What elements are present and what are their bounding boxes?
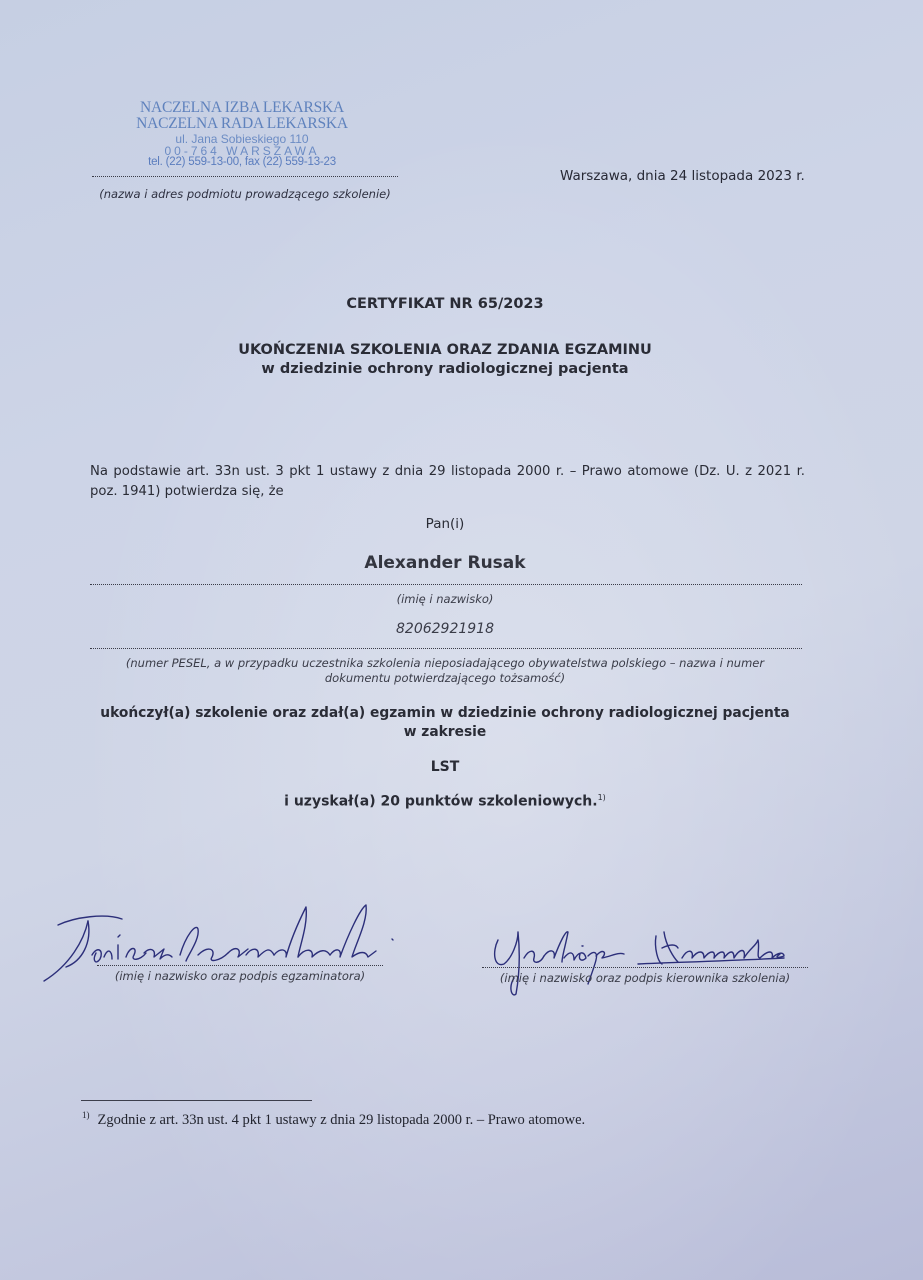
certificate-title-line2: w dziedzinie ochrony radiologicznej pacj…: [90, 360, 800, 379]
footnote-rule: [81, 1100, 312, 1101]
certificate-title-line1: UKOŃCZENIA SZKOLENIA ORAZ ZDANIA EGZAMIN…: [90, 341, 800, 360]
pesel-dotted-line: [90, 648, 802, 649]
training-scope: LST: [90, 759, 800, 775]
participant-name: Alexander Rusak: [90, 553, 800, 573]
name-caption: (imię i nazwisko): [90, 592, 800, 606]
pesel-caption-line2: dokumentu potwierdzającego tożsamość): [90, 671, 800, 686]
training-head-caption: (imię i nazwisko oraz podpis kierownika …: [482, 971, 808, 985]
issuer-dotted-line: [92, 176, 398, 177]
issuer-caption: (nazwa i adres podmiotu prowadzącego szk…: [92, 187, 398, 201]
completion-line1: ukończył(a) szkolenie oraz zdał(a) egzam…: [90, 704, 800, 723]
training-head-dotted-line: [482, 967, 808, 968]
training-head-signature: [478, 918, 798, 998]
training-points: i uzyskał(a) 20 punktów szkoleniowych.1): [90, 793, 800, 810]
footnote-text: Zgodnie z art. 33n ust. 4 pkt 1 ustawy z…: [98, 1112, 586, 1128]
salutation: Pan(i): [90, 516, 800, 532]
legal-basis-text: Na podstawie art. 33n ust. 3 pkt 1 ustaw…: [90, 462, 805, 502]
stamp-line-chamber: NACZELNA IZBA LEKARSKA: [92, 100, 392, 116]
points-text: i uzyskał(a) 20 punktów szkoleniowych.: [284, 794, 597, 810]
points-footnote-ref: 1): [598, 793, 606, 802]
stamp-phone: tel. (22) 559-13-00, fax (22) 559-13-23: [92, 157, 392, 169]
stamp-line-council: NACZELNA RADA LEKARSKA: [92, 116, 392, 132]
pesel-caption: (numer PESEL, a w przypadku uczestnika s…: [90, 656, 800, 686]
pesel-caption-line1: (numer PESEL, a w przypadku uczestnika s…: [90, 656, 800, 671]
certificate-title: UKOŃCZENIA SZKOLENIA ORAZ ZDANIA EGZAMIN…: [90, 341, 800, 379]
completion-line2: w zakresie: [90, 723, 800, 742]
issuer-stamp: NACZELNA IZBA LEKARSKA NACZELNA RADA LEK…: [92, 100, 392, 169]
examiner-caption: (imię i nazwisko oraz podpis egzaminator…: [97, 969, 383, 983]
certificate-number: CERTYFIKAT NR 65/2023: [90, 296, 800, 312]
footnote-marker: 1): [82, 1110, 90, 1120]
completion-statement: ukończył(a) szkolenie oraz zdał(a) egzam…: [90, 704, 800, 742]
footnote: 1)Zgodnie z art. 33n ust. 4 pkt 1 ustawy…: [82, 1110, 585, 1129]
pesel-number: 82062921918: [90, 621, 800, 637]
name-dotted-line: [90, 584, 802, 585]
examiner-dotted-line: [97, 965, 383, 966]
place-date: Warszawa, dnia 24 listopada 2023 r.: [560, 168, 805, 184]
